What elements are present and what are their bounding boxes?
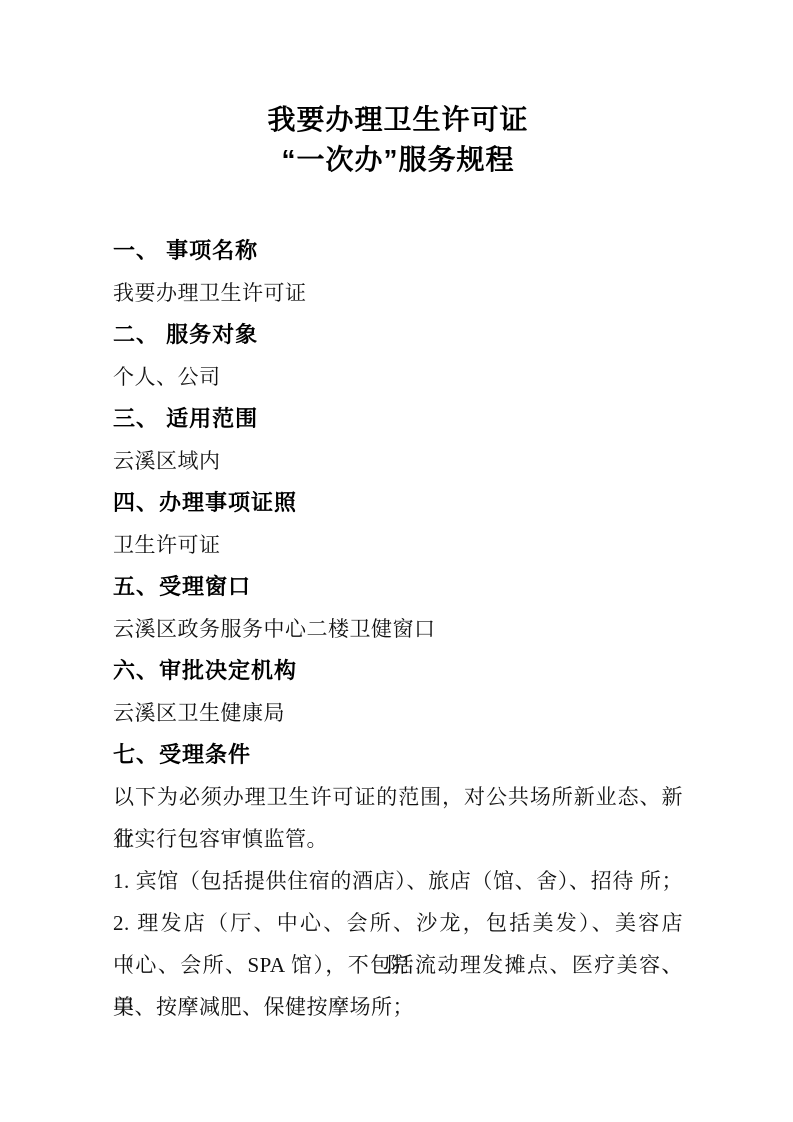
heading-acceptance-conditions: 七、受理条件	[113, 734, 683, 776]
body-acceptance-window-value: 云溪区政务服务中心二楼卫健窗口	[113, 608, 683, 650]
heading-applicable-scope: 三、 适用范围	[113, 398, 683, 440]
body-item-name-value: 我要办理卫生许可证	[113, 272, 683, 314]
heading-item-name: 一、 事项名称	[113, 230, 683, 272]
heading-service-target: 二、 服务对象	[113, 314, 683, 356]
heading-acceptance-window: 五、受理窗口	[113, 566, 683, 608]
body-approval-authority-value: 云溪区卫生健康局	[113, 692, 683, 734]
heading-certificate-type: 四、办理事项证照	[113, 482, 683, 524]
doc-title: 我要办理卫生许可证 “一次办”服务规程	[113, 100, 683, 180]
body-conditions-line-2: 业实行包容审慎监管。	[113, 818, 683, 860]
document-page: 我要办理卫生许可证 “一次办”服务规程 一、 事项名称 我要办理卫生许可证 二、…	[0, 0, 793, 1122]
body-service-target-value: 个人、公司	[113, 356, 683, 398]
document-content: 我要办理卫生许可证 “一次办”服务规程 一、 事项名称 我要办理卫生许可证 二、…	[113, 0, 683, 1028]
body-conditions-line-1: 以下为必须办理卫生许可证的范围，对公共场所新业态、新行	[113, 776, 683, 818]
doc-title-line-1: 我要办理卫生许可证	[113, 100, 683, 140]
list-item-2-line-3: 甲、按摩减肥、保健按摩场所；	[113, 986, 683, 1028]
body-certificate-type-value: 卫生许可证	[113, 524, 683, 566]
doc-body: 一、 事项名称 我要办理卫生许可证 二、 服务对象 个人、公司 三、 适用范围 …	[113, 230, 683, 1028]
heading-approval-authority: 六、审批决定机构	[113, 650, 683, 692]
list-item-2-line-1: 2. 理发店（厅、中心、会所、沙龙，包括美发）、美容店 （院、	[113, 902, 683, 944]
body-applicable-scope-value: 云溪区域内	[113, 440, 683, 482]
list-item-1: 1. 宾馆（包括提供住宿的酒店）、旅店（馆、舍）、招待 所；	[113, 860, 683, 902]
doc-title-line-2: “一次办”服务规程	[113, 140, 683, 180]
list-item-2-line-2: 中心、会所、SPA 馆），不包括流动理发摊点、医疗美容、 美	[113, 944, 683, 986]
